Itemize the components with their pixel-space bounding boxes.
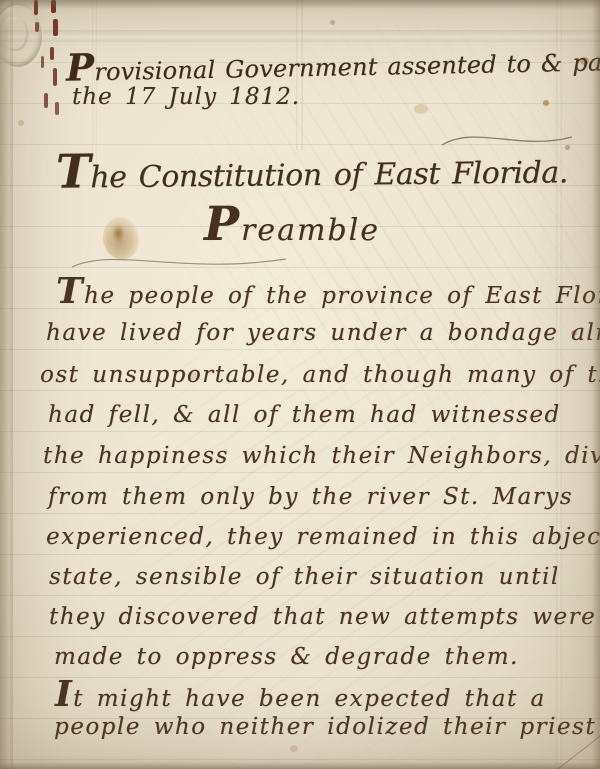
binding-residue-mark: [35, 22, 39, 32]
manuscript-page: Provisional Government assented to & pas…: [0, 0, 600, 769]
binding-residue-mark: [51, 0, 56, 13]
body-line: they discovered that new attempts were: [49, 604, 596, 630]
left-page-edge: [0, 0, 13, 769]
body-line: had fell, & all of them had witnessed: [48, 402, 561, 428]
binding-residue-mark: [53, 68, 57, 86]
binding-residue-mark: [55, 102, 59, 115]
body-line: experienced, they remained in this abjec…: [46, 524, 600, 550]
body-line: It might have been expected that a: [55, 674, 546, 715]
body-line: have lived for years under a bondage alm: [46, 320, 600, 346]
document-title: The Constitution of East Florida.: [56, 138, 568, 198]
body-line: made to oppress & degrade them.: [54, 644, 519, 670]
body-line: the happiness which their Neighbors, div…: [43, 443, 600, 469]
foxing-spot: [330, 20, 335, 25]
foxing-spot: [18, 120, 24, 126]
body-line: from them only by the river St. Marys: [48, 484, 573, 510]
foxing-spot: [414, 104, 428, 114]
header-line-2: the 17 July 1812.: [72, 84, 300, 110]
body-line: people who neither idolized their priest: [54, 714, 596, 740]
header-line-1: Provisional Government assented to & pas…: [66, 34, 600, 89]
foxing-spot: [290, 745, 298, 752]
body-line: state, sensible of their situation until: [49, 564, 560, 590]
bottom-page-edge: [0, 762, 600, 769]
binding-residue-mark: [34, 0, 38, 15]
top-page-edge: [0, 0, 600, 9]
ink-stain-core: [112, 224, 125, 242]
body-line: ost unsupportable, and though many of th…: [40, 362, 600, 388]
section-heading-preamble: Preamble: [204, 196, 380, 251]
binding-residue-mark: [44, 93, 48, 108]
body-line: The people of the province of East Flori…: [56, 271, 600, 312]
foxing-spot: [543, 100, 549, 106]
embossed-seal-center: [2, 17, 28, 51]
binding-residue-mark: [50, 47, 54, 60]
binding-residue-mark: [53, 19, 58, 36]
binding-residue-mark: [41, 56, 44, 68]
